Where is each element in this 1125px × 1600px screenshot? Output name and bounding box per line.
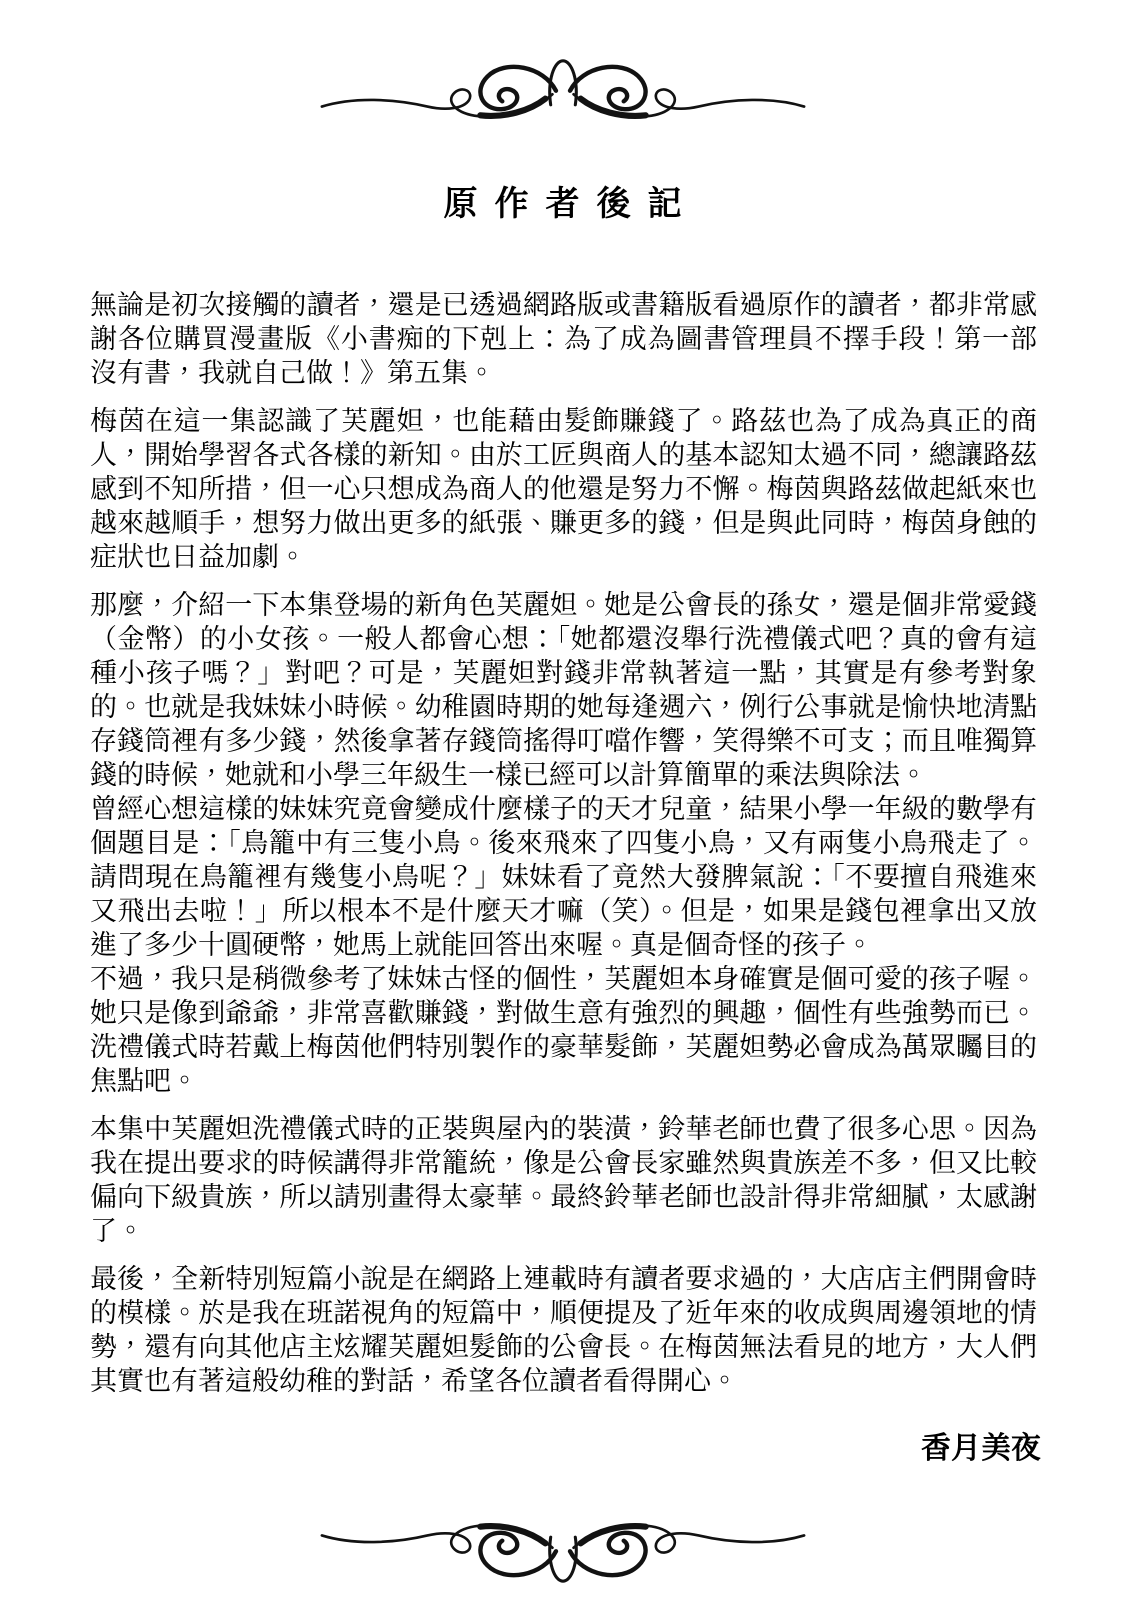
afterword-block: 那麼，介紹一下本集登場的新角色芙麗妲。她是公會長的孫女，還是個非常愛錢（金幣）的… bbox=[90, 588, 1037, 1098]
afterword-block: 本集中芙麗妲洗禮儀式時的正裝與屋內的裝潢，鈴華老師也費了很多心思。因為我在提出要… bbox=[90, 1112, 1037, 1248]
afterword-block: 最後，全新特別短篇小說是在網路上連載時有讀者要求過的，大店店主們開會時的模樣。於… bbox=[90, 1262, 1037, 1398]
page-title: 原作者後記 bbox=[0, 184, 1125, 224]
afterword-paragraph: 不過，我只是稍微參考了妹妹古怪的個性，芙麗妲本身確實是個可愛的孩子喔。她只是像到… bbox=[90, 962, 1037, 1098]
afterword-body: 無論是初次接觸的讀者，還是已透過網路版或書籍版看過原作的讀者，都非常感謝各位購買… bbox=[90, 288, 1037, 1398]
afterword-block: 梅茵在這一集認識了芙麗妲，也能藉由髮飾賺錢了。路茲也為了成為真正的商人，開始學習… bbox=[90, 404, 1037, 574]
afterword-paragraph: 那麼，介紹一下本集登場的新角色芙麗妲。她是公會長的孫女，還是個非常愛錢（金幣）的… bbox=[90, 588, 1037, 792]
afterword-paragraph: 曾經心想這樣的妹妹究竟會變成什麼樣子的天才兒童，結果小學一年級的數學有個題目是：… bbox=[90, 792, 1037, 962]
afterword-paragraph: 無論是初次接觸的讀者，還是已透過網路版或書籍版看過原作的讀者，都非常感謝各位購買… bbox=[90, 288, 1037, 390]
afterword-block: 無論是初次接觸的讀者，還是已透過網路版或書籍版看過原作的讀者，都非常感謝各位購買… bbox=[90, 288, 1037, 390]
decorative-flourish-top-icon bbox=[283, 52, 843, 140]
decorative-flourish-bottom-icon bbox=[283, 1502, 843, 1590]
afterword-paragraph: 梅茵在這一集認識了芙麗妲，也能藉由髮飾賺錢了。路茲也為了成為真正的商人，開始學習… bbox=[90, 404, 1037, 574]
afterword-paragraph: 最後，全新特別短篇小說是在網路上連載時有讀者要求過的，大店店主們開會時的模樣。於… bbox=[90, 1262, 1037, 1398]
author-signature: 香月美夜 bbox=[0, 1432, 1041, 1466]
afterword-paragraph: 本集中芙麗妲洗禮儀式時的正裝與屋內的裝潢，鈴華老師也費了很多心思。因為我在提出要… bbox=[90, 1112, 1037, 1248]
afterword-page: 原作者後記 無論是初次接觸的讀者，還是已透過網路版或書籍版看過原作的讀者，都非常… bbox=[0, 0, 1125, 1600]
